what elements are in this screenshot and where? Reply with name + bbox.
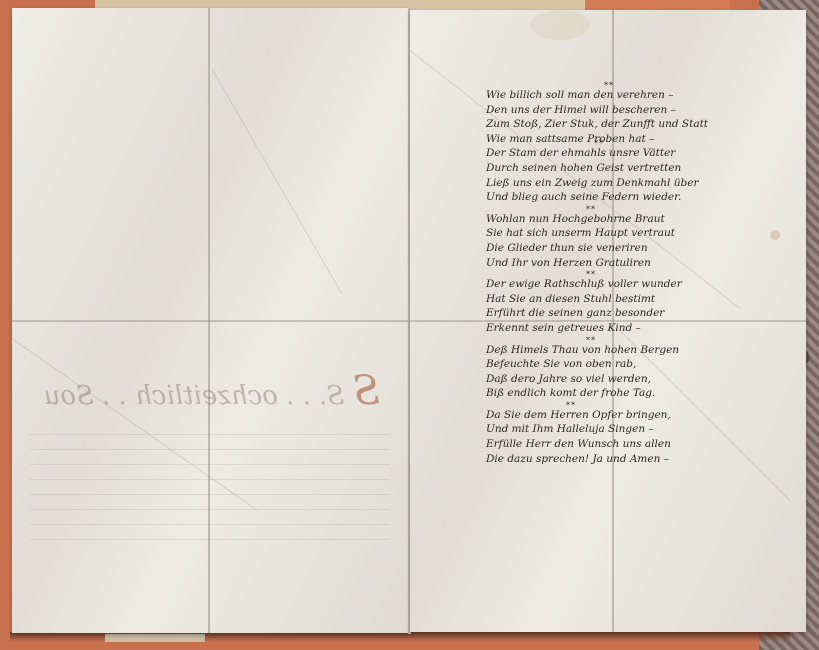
poem-line: Wohlan nun Hochgebohrne Braut: [486, 212, 726, 227]
stanza: ** Da Sie dem Herren Opfer bringen, Und …: [486, 408, 726, 466]
poem-line: Der ewige Rathschluß voller wunder: [486, 277, 726, 292]
poem-line: Und Ihr von Herzen Gratuliren: [486, 256, 726, 271]
poem-line: Deß Himels Thau von hohen Bergen: [486, 343, 726, 358]
poem-line: Und blieg auch seine Federn wieder.: [486, 190, 726, 205]
stanza-stars: **: [604, 79, 614, 94]
show-through-initial: S: [353, 368, 380, 414]
age-stain: [530, 10, 590, 40]
stanza-stars: **: [586, 203, 596, 218]
poem-line: Daß dero Jahre so viel werden,: [486, 372, 726, 387]
stanza-stars: **: [594, 137, 604, 152]
poem-line: Erfülle Herr den Wunsch uns allen: [486, 437, 726, 452]
poem-line: Die dazu sprechen! Ja und Amen –: [486, 452, 726, 467]
poem: ** Wie billich soll man den verehren – D…: [486, 88, 726, 466]
stanza: ** Der Stam der ehmahls unsre Vätter Dur…: [486, 146, 726, 204]
stanza: ** Deß Himels Thau von hohen Bergen Befe…: [486, 343, 726, 401]
poem-line: Zum Stoß, Zier Stuk, der Zunfft und Stat…: [486, 117, 726, 132]
foxing-stain: [770, 230, 780, 240]
stanza-stars: **: [586, 268, 596, 283]
poem-line: Wie man sattsame Proben hat –: [486, 132, 726, 147]
poem-line: Den uns der Himel will bescheren –: [486, 103, 726, 118]
crease: [211, 68, 342, 294]
poem-line: Sie hat sich unserm Haupt vertraut: [486, 226, 726, 241]
stanza: ** Wie billich soll man den verehren – D…: [486, 88, 726, 146]
poem-line: Erkennt sein getreues Kind –: [486, 321, 726, 336]
horizontal-fold: [12, 320, 410, 322]
stanza: ** Der ewige Rathschluß voller wunder Ha…: [486, 277, 726, 335]
stanza-stars: **: [586, 334, 596, 349]
show-through-line: S. . . ochzeitlich . . Sou: [44, 381, 345, 411]
poem-line: Da Sie dem Herren Opfer bringen,: [486, 408, 726, 423]
poem-line: Die Glieder thun sie veneriren: [486, 241, 726, 256]
poem-line: Und mit Ihm Halleluja Singen –: [486, 422, 726, 437]
poem-line: Biß endlich komt der frohe Tag.: [486, 386, 726, 401]
poem-line: Hat Sie an diesen Stuhl bestimt: [486, 292, 726, 307]
poem-line: Der Stam der ehmahls unsre Vätter: [486, 146, 726, 161]
envelope-edge-bottom: [105, 634, 205, 642]
poem-line: Ließ uns ein Zweig zum Denkmahl über: [486, 176, 726, 191]
poem-line: Befeuchte Sie von oben rab,: [486, 357, 726, 372]
show-through-lines: [30, 420, 390, 554]
stanza-stars: **: [566, 399, 576, 414]
stanza: ** Wohlan nun Hochgebohrne Braut Sie hat…: [486, 212, 726, 270]
show-through-text: S S. . . ochzeitlich . . Sou: [40, 368, 380, 414]
poem-line: Erführt die seinen ganz besonder: [486, 306, 726, 321]
poem-line: Durch seinen hohen Geist vertretten: [486, 161, 726, 176]
